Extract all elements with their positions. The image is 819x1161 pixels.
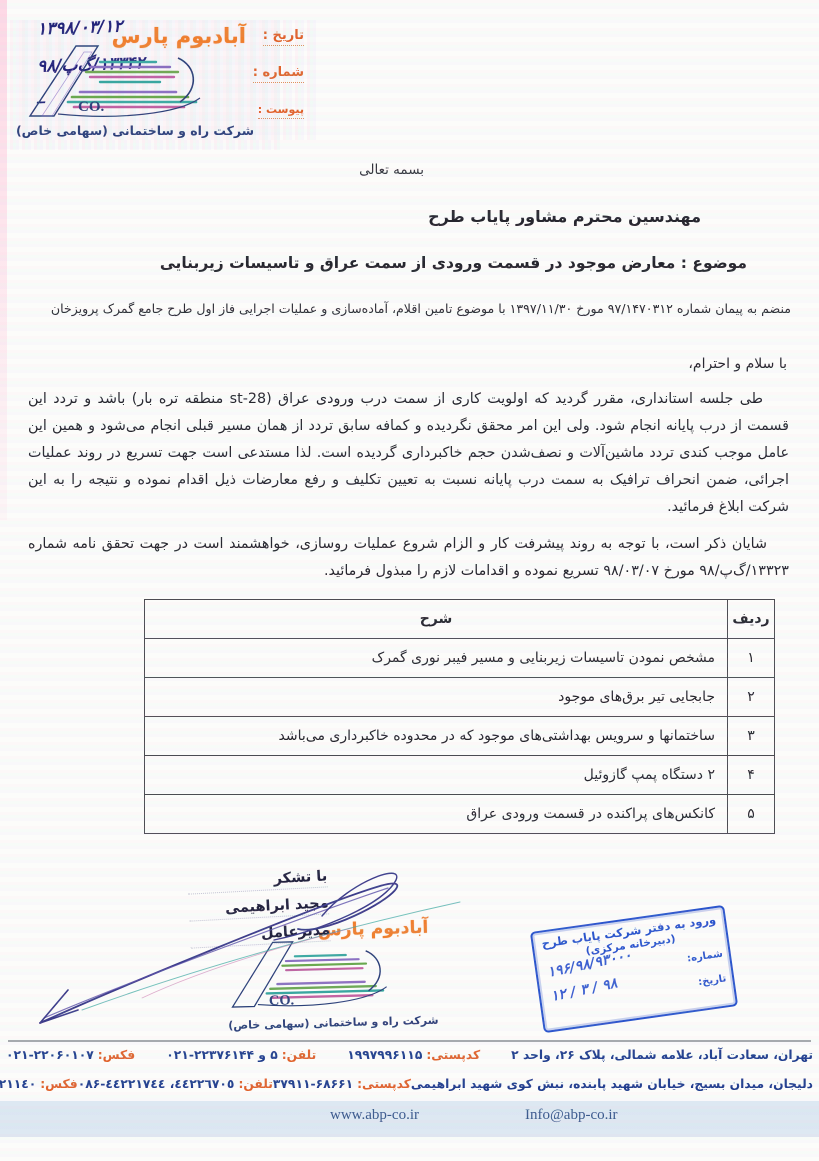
fax-value: ۲۲۰۶۰۱۰۷-۰۲۱ (6, 1048, 94, 1062)
table-row: ۴ ۲ دستگاه پمپ گازوئیل (145, 756, 775, 795)
bismillah-text: بسمه تعالی (359, 162, 424, 178)
abp-logo-icon (28, 40, 218, 120)
row-number-cell: ۴ (728, 756, 775, 795)
delijan-fax: فکس:٤٤٢٢١١٤٠ - ۰۸۶ (0, 1077, 78, 1091)
delijan-address: دلیجان، میدان بسیج، خیابان شهید پابنده، … (411, 1077, 813, 1091)
row-number-cell: ۲ (728, 678, 775, 717)
salutation-line: با سلام و احترام، (688, 356, 787, 372)
footer-line-tehran: تهران، سعادت آباد، علامه شمالی، پلاک ۲۶،… (6, 1048, 813, 1077)
row-description-cell: ساختمانها و سرویس بهداشتی‌های موجود که د… (145, 717, 728, 756)
row-description-cell: جابجایی تیر برق‌های موجود (145, 678, 728, 717)
co-label: CO. (78, 99, 104, 116)
table-header-row: ردیف شرح (145, 600, 775, 639)
scan-edge-strip (0, 0, 7, 520)
scanned-letter-page: { "colors": { "accent_orange": "#e0622b"… (0, 0, 819, 1161)
obstacles-table: ردیف شرح ۱ مشخص نمودن تاسیسات زیربنایی و… (144, 599, 775, 834)
subject-line: موضوع : معارض موجود در قسمت ورودی از سمت… (160, 254, 747, 272)
table-header-description: شرح (145, 600, 728, 639)
delijan-phone: تلفن:٤٤٢٢٦٧٠٥، ٤٤٢٢١٧٤٤-۰۸۶ (78, 1077, 273, 1091)
tehran-phone: تلفن:۵ و ۲۲۳۷۶۱۴۴-۰۲۱ (166, 1048, 316, 1062)
stamp-number-label: شماره: (686, 949, 723, 965)
footer-divider (8, 1040, 811, 1042)
footer-line-delijan: دلیجان، میدان بسیج، خیابان شهید پابنده، … (6, 1077, 813, 1106)
recipient-line: مهندسین محترم مشاور پایاب طرح (428, 207, 701, 226)
stamp-date-label: تاریخ: (698, 973, 727, 988)
handwritten-signature (22, 858, 512, 1038)
fax-label: فکس: (98, 1048, 136, 1062)
row-number-cell: ۱ (728, 639, 775, 678)
postal-label: کدپستی: (357, 1077, 411, 1091)
company-logo-header: آبادبوم پارس CO. شرکت راه و ساختمانی (سه… (8, 18, 258, 138)
row-description-cell: مشخص نمودن تاسیسات زیربنایی و مسیر فیبر … (145, 639, 728, 678)
tehran-fax: فکس:۲۲۰۶۰۱۰۷-۰۲۱ (6, 1048, 135, 1062)
phone-value: ۵ و ۲۲۳۷۶۱۴۴-۰۲۱ (166, 1048, 277, 1062)
office-entry-stamp: ورود به دفتر شرکت پایاب طرح (دبیرخانه مر… (530, 905, 738, 1033)
body-paragraph-1: طی جلسه استانداری، مقرر گردید که اولویت … (28, 386, 789, 521)
row-number-cell: ۳ (728, 717, 775, 756)
postal-label: کدپستی: (426, 1048, 480, 1062)
fax-value: ٤٤٢٢١١٤٠ - ۰۸۶ (0, 1077, 36, 1091)
tehran-postal: کدپستی:۱۹۹۷۹۹۶۱۱۵ (347, 1048, 480, 1062)
row-number-cell: ۵ (728, 795, 775, 834)
tehran-address: تهران، سعادت آباد، علامه شمالی، پلاک ۲۶،… (511, 1048, 813, 1062)
postal-value: ۱۹۹۷۹۹۶۱۱۵ (347, 1048, 422, 1062)
email-address: Info@abp-co.ir (525, 1107, 618, 1124)
footer-contact-block: تهران، سعادت آباد، علامه شمالی، پلاک ۲۶،… (6, 1048, 813, 1106)
date-label: تاریخ : (263, 28, 304, 46)
phone-label: تلفن: (282, 1048, 316, 1062)
phone-value: ٤٤٢٢٦٧٠٥، ٤٤٢٢١٧٤٤-۰۸۶ (78, 1077, 235, 1091)
table-row: ۳ ساختمانها و سرویس بهداشتی‌های موجود که… (145, 717, 775, 756)
table-header-row-number: ردیف (728, 600, 775, 639)
phone-label: تلفن: (238, 1077, 272, 1091)
fax-label: فکس: (40, 1077, 78, 1091)
row-description-cell: ۲ دستگاه پمپ گازوئیل (145, 756, 728, 795)
table-row: ۲ جابجایی تیر برق‌های موجود (145, 678, 775, 717)
postal-value: ۶۸۶۶۱-۳۷۹۱۱ (273, 1077, 353, 1091)
number-label: شماره : (253, 65, 304, 83)
company-subtitle: شرکت راه و ساختمانی (سهامی خاص) (16, 123, 254, 138)
row-description-cell: کانکس‌های پراکنده در قسمت ورودی عراق (145, 795, 728, 834)
body-paragraph-2: شایان ذکر است، با توجه به روند پیشرفت کا… (28, 531, 789, 585)
subject-contract-note: منضم به پیمان شماره ۹۷/۱۴۷۰۳۱۲ مورخ ۱۳۹۷… (20, 301, 791, 316)
table-row: ۱ مشخص نمودن تاسیسات زیربنایی و مسیر فیب… (145, 639, 775, 678)
delijan-postal: کدپستی:۶۸۶۶۱-۳۷۹۱۱ (273, 1077, 411, 1091)
table-row: ۵ کانکس‌های پراکنده در قسمت ورودی عراق (145, 795, 775, 834)
attachment-label: پیوست : (258, 103, 304, 119)
website-url: www.abp-co.ir (330, 1107, 419, 1124)
